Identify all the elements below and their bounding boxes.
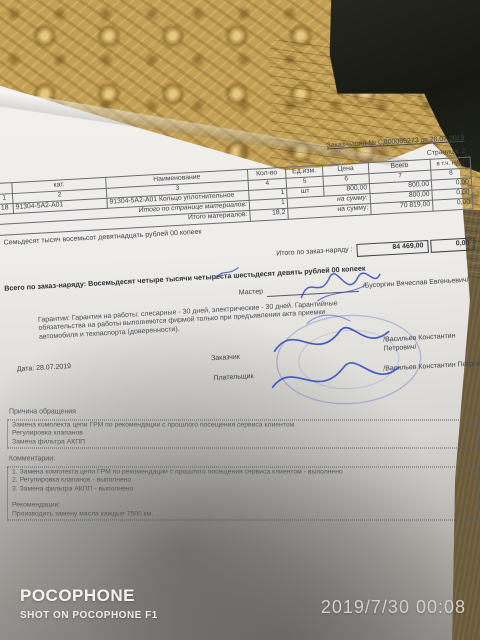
master-signature-ink [296,265,386,306]
work-order-document: Заказ-наряд № СД00065273 от 28.07.2019 С… [0,128,480,523]
watermark-datetime: 2019/7/30 00:08 [300,597,466,618]
materials-total-qty: 18,2 [250,208,289,221]
date-label: Дата: 28.07.2019 [17,355,212,374]
lower-sections: Причина обращения Замена комплекта цепи … [7,408,480,520]
pen-mark [213,265,242,281]
master-label: Мастер [239,288,264,298]
customer-payer-signatures-and-stamp [254,302,446,420]
reason-line: Замена комплекта цепи ГРМ по рекомендаци… [12,420,474,429]
order-total-vat: 0,00 [430,237,475,252]
order-total-label: Итого по заказ-наряду : [276,246,353,259]
watermark-shot-on: SHOT ON POCOPHONE F1 [20,610,158,621]
materials-total-vat: 0,00 [432,197,473,210]
comment-line: 2. Регулировка клапанов - выполнено [12,476,474,485]
order-total-amount: 84 469,00 [356,240,429,256]
comment-line: 3. Замена фильтра АКПП - выполнено [12,484,474,493]
comments-box: 1. Замена комплекта цепи ГРМ по рекоменд… [7,465,479,520]
comment-line: 1. Замена комплекта цепи ГРМ по рекоменд… [12,467,474,476]
recommendations-title: Рекомендации: [12,501,474,510]
reason-box: Замена комплекта цепи ГРМ по рекомендаци… [7,418,479,448]
reason-line: Регулировка клапанов [12,429,474,438]
materials-total-amount: 70 819,00 [371,200,434,214]
comments-section-title: Комментарии: [9,455,480,464]
reason-line: Замена фильтра АКПП [12,437,474,446]
watermark-brand: POCOPHONE [20,586,135,606]
photo-of-work-order: Заказ-наряд № СД00065273 от 28.07.2019 С… [0,0,480,640]
recommendation-line: Производить замену масла каждые 7500 км. [12,509,474,518]
